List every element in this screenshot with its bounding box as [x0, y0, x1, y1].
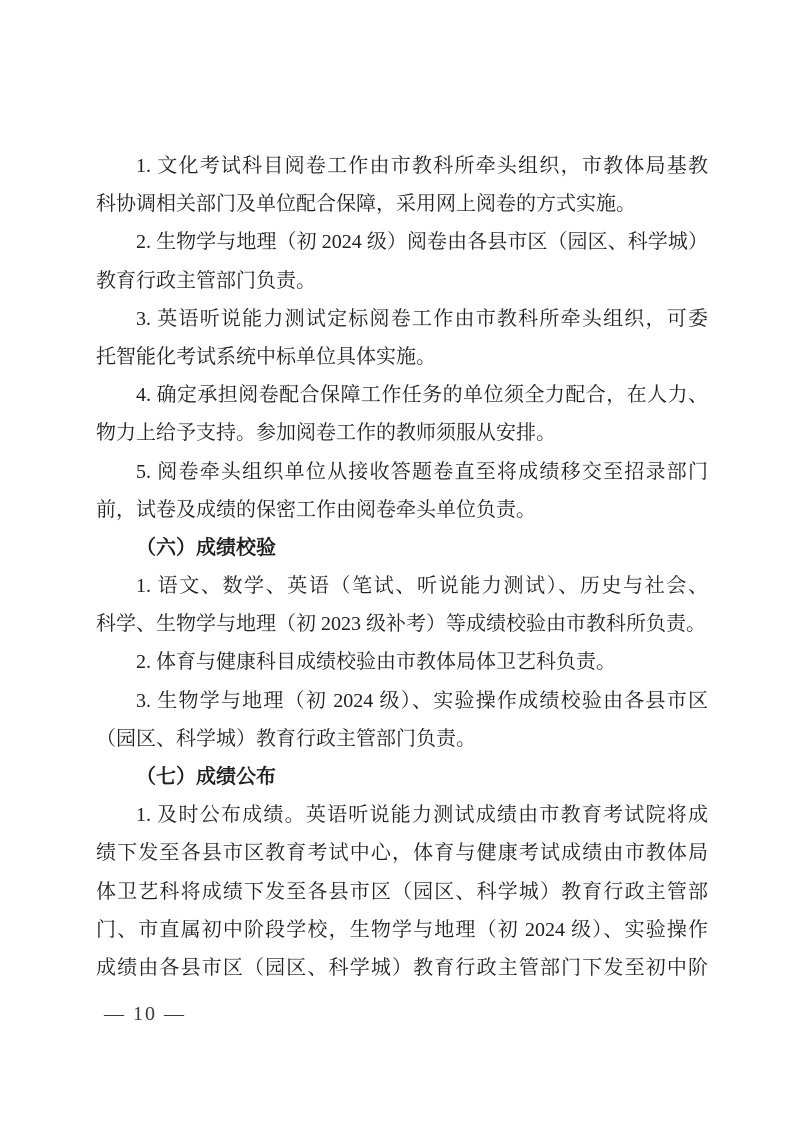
- sec7-para-1-line-4: 门、市直属初中阶段学校，生物学与地理（初 2024 级）、实验操作: [96, 911, 708, 949]
- section-6-heading: （六）成绩校验: [96, 529, 708, 567]
- section-7-heading: （七）成绩公布: [96, 758, 708, 796]
- sec6-para-1-line-1: 1. 语文、数学、英语（笔试、听说能力测试）、历史与社会、: [96, 567, 708, 605]
- para-5-line-1: 5. 阅卷牵头组织单位从接收答题卷直至将成绩移交至招录部门: [96, 453, 708, 491]
- para-4-line-1: 4. 确定承担阅卷配合保障工作任务的单位须全力配合，在人力、: [96, 376, 708, 414]
- sec6-para-2-line-1: 2. 体育与健康科目成绩校验由市教体局体卫艺科负责。: [96, 643, 708, 681]
- sec7-para-1-line-2: 绩下发至各县市区教育考试中心，体育与健康考试成绩由市教体局: [96, 834, 708, 872]
- para-2-line-1: 2. 生物学与地理（初 2024 级）阅卷由各县市区（园区、科学城）: [96, 223, 708, 261]
- sec7-para-1-line-1: 1. 及时公布成绩。英语听说能力测试成绩由市教育考试院将成: [96, 796, 708, 834]
- para-3-line-2: 托智能化考试系统中标单位具体实施。: [96, 338, 708, 376]
- sec7-para-1-line-3: 体卫艺科将成绩下发至各县市区（园区、科学城）教育行政主管部: [96, 873, 708, 911]
- para-5-line-2: 前，试卷及成绩的保密工作由阅卷牵头单位负责。: [96, 491, 708, 529]
- page-number: — 10 —: [104, 1000, 186, 1028]
- sec7-para-1-line-5: 成绩由各县市区（园区、科学城）教育行政主管部门下发至初中阶: [96, 949, 708, 987]
- document-page: { "document": { "lines": [ { "text": "1.…: [0, 0, 793, 1122]
- sec6-para-3-line-2: （园区、科学城）教育行政主管部门负责。: [96, 720, 708, 758]
- sec6-para-1-line-2: 科学、生物学与地理（初 2023 级补考）等成绩校验由市教科所负责。: [96, 605, 708, 643]
- para-2-line-2: 教育行政主管部门负责。: [96, 262, 708, 300]
- para-1-line-1: 1. 文化考试科目阅卷工作由市教科所牵头组织，市教体局基教: [96, 147, 708, 185]
- sec6-para-3-line-1: 3. 生物学与地理（初 2024 级）、实验操作成绩校验由各县市区: [96, 682, 708, 720]
- para-1-line-2: 科协调相关部门及单位配合保障，采用网上阅卷的方式实施。: [96, 185, 708, 223]
- para-3-line-1: 3. 英语听说能力测试定标阅卷工作由市教科所牵头组织，可委: [96, 300, 708, 338]
- para-4-line-2: 物力上给予支持。参加阅卷工作的教师须服从安排。: [96, 414, 708, 452]
- document-body: 1. 文化考试科目阅卷工作由市教科所牵头组织，市教体局基教 科协调相关部门及单位…: [96, 147, 708, 987]
